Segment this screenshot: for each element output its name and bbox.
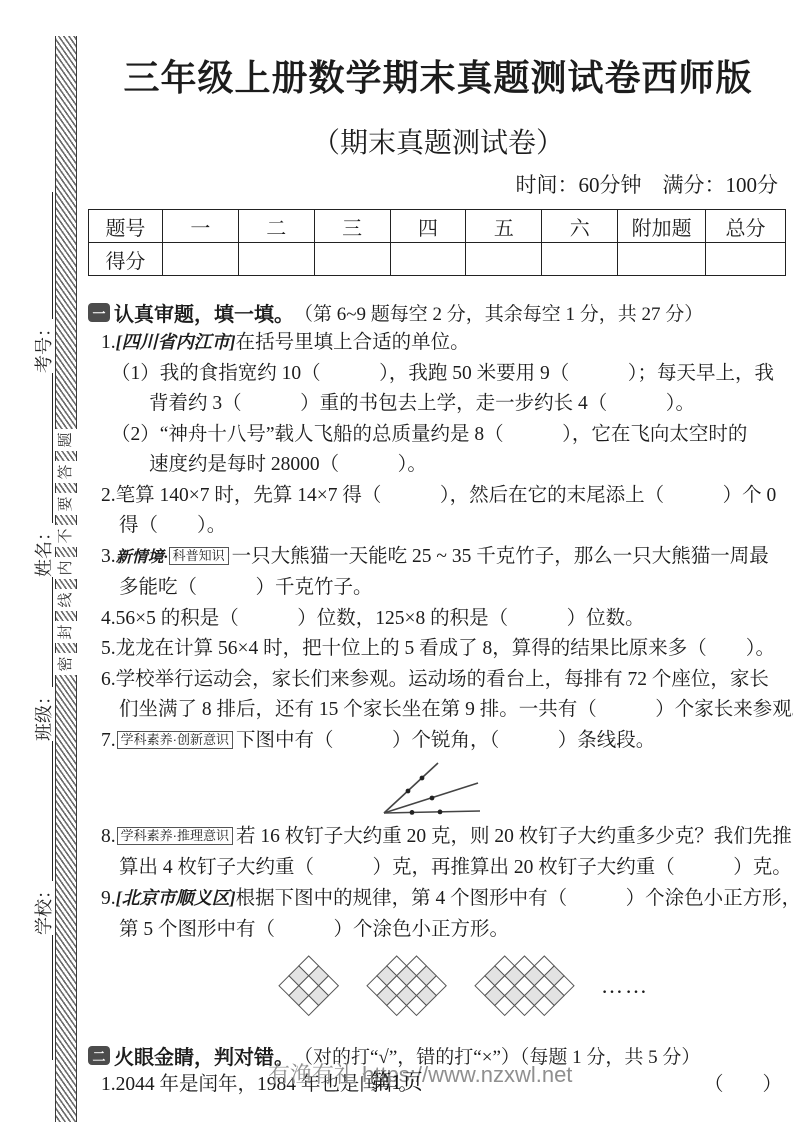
score-cell-empty	[466, 243, 542, 276]
score-header-cell: 附加题	[618, 210, 706, 243]
question-7-line: 7.学科素养·创新意识下图中有（ ）个锐角，（ ）条线段。	[88, 726, 788, 757]
angle-rays-figure	[378, 760, 490, 820]
topic-badge: 科普知识	[169, 547, 229, 565]
page-title: 三年级上册数学期末真题测试卷西师版	[88, 50, 788, 101]
competency-badge: 学科素养·推理意识	[117, 827, 233, 845]
question-number: 8.	[101, 826, 116, 847]
examno-blank-line	[52, 373, 53, 523]
page-subtitle: （期末真题测试卷）	[88, 121, 788, 161]
section1-title: 认真审题，填一填。	[114, 298, 294, 327]
seal-char: 内	[54, 557, 78, 579]
question-text: 笔算 140×7 时，先算 14×7 得（ ），然后在它的末尾添上（ ）个 0	[116, 485, 777, 506]
question-6-line1: 6.学校举行运动会，家长们来参观。运动场的看台上，每排有 72 个座位，家长	[88, 665, 788, 696]
score-table-header-row: 题号 一 二 三 四 五 六 附加题 总分	[89, 210, 786, 243]
source-tag: [四川省内江市]	[116, 332, 236, 352]
question-6-line2: 们坐满了 8 排后，还有 15 个家长坐在第 9 排。一共有（ ）个家长来参观。	[88, 695, 788, 726]
examno-label: 考号：	[30, 319, 56, 373]
score-header-cell: 六	[542, 210, 618, 243]
score-header-cell: 三	[314, 210, 390, 243]
seal-char: 线	[54, 589, 78, 611]
question-number: 7.	[101, 730, 116, 751]
diamond-figure-3	[474, 955, 575, 1017]
seal-char: 要	[54, 493, 78, 515]
seal-char: 密	[54, 653, 78, 675]
section2-number-icon: 二	[88, 1046, 110, 1065]
question-number: 4.	[101, 608, 116, 629]
question-2-line2: 得（ ）。	[88, 511, 788, 542]
score-cell-empty	[618, 243, 706, 276]
score-cell-empty	[314, 243, 390, 276]
score-cell-empty	[542, 243, 618, 276]
diamond-figure-2	[366, 955, 448, 1017]
score-header-cell: 一	[162, 210, 238, 243]
student-info-strip: 学校： 班级： 姓名： 考号：	[28, 115, 58, 1060]
name-blank-line	[52, 577, 53, 687]
school-blank-line	[52, 935, 53, 1060]
section1-number-icon: 一	[88, 303, 110, 322]
seal-char: 封	[54, 621, 78, 643]
score-header-cell: 二	[238, 210, 314, 243]
competency-badge: 学科素养·创新意识	[117, 731, 233, 749]
diamond-pattern-figures: ……	[278, 953, 788, 1019]
score-header-cell: 四	[390, 210, 466, 243]
score-cell-empty	[706, 243, 786, 276]
question-number: 1.	[101, 332, 116, 353]
question-2-line1: 2.笔算 140×7 时，先算 14×7 得（ ），然后在它的末尾添上（ ）个 …	[88, 481, 788, 512]
score-row-label: 得分	[89, 243, 163, 276]
question-1-sub2-line2: 速度约是每时 28000（ ）。	[88, 450, 788, 481]
question-text: 一只大熊猫一天能吃 25 ~ 35 千克竹子，那么一只大熊猫一周最	[232, 546, 769, 567]
exam-sheet: { "header": { "title": "三年级上册数学期末真题测试卷西师…	[0, 0, 793, 1122]
score-table: 题号 一 二 三 四 五 六 附加题 总分 得分	[88, 209, 786, 276]
school-label: 学校：	[30, 881, 56, 935]
seal-char: 题	[54, 429, 78, 451]
question-text: 下图中有（ ）个锐角，（ ）条线段。	[236, 730, 655, 751]
question-1-sub2-line1: （2）“神舟十八号”载人飞船的总质量约是 8（ ），它在飞向太空时的	[88, 420, 788, 451]
question-1-sub1-line1: （1）我的食指宽约 10（ ），我跑 50 米要用 9（ ）；每天早上，我	[88, 359, 788, 390]
question-1-sub1-line2: 背着约 3（ ）重的书包去上学，走一步约长 4（ ）。	[88, 389, 788, 420]
question-8-line1: 8.学科素养·推理意识若 16 枚钉子大约重 20 克，则 20 枚钉子大约重多…	[88, 822, 788, 853]
exam-content: 三年级上册数学期末真题测试卷西师版 （期末真题测试卷） 时间：60分钟 满分：1…	[88, 0, 788, 1122]
class-label: 班级：	[30, 687, 56, 741]
question-number: 2.	[101, 485, 116, 506]
score-header-cell: 总分	[706, 210, 786, 243]
score-cell-empty	[162, 243, 238, 276]
name-label: 姓名：	[30, 523, 56, 577]
seal-char: 答	[54, 461, 78, 483]
score-cell-empty	[238, 243, 314, 276]
seal-char: 不	[54, 525, 78, 547]
question-3-line2: 多能吃（ ）千克竹子。	[88, 573, 788, 604]
seal-line-text: 题 答 要 不 内 线 封 密	[55, 424, 77, 680]
question-text: 56×5 的积是（ ）位数，125×8 的积是（ ）位数。	[116, 608, 645, 629]
question-number: 9.	[101, 888, 116, 909]
question-text: 龙龙在计算 56×4 时，把十位上的 5 看成了 8，算得的结果比原来多（ ）。	[116, 638, 775, 659]
question-3-line1: 3.新情境·科普知识一只大熊猫一天能吃 25 ~ 35 千克竹子，那么一只大熊猫…	[88, 542, 788, 574]
question-8-line2: 算出 4 枚钉子大约重（ ）克，再推算出 20 枚钉子大约重（ ）克。	[88, 853, 788, 884]
question-text: 在括号里填上合适的单位。	[236, 332, 470, 353]
question-text: 学校举行运动会，家长们来参观。运动场的看台上，每排有 72 个座位，家长	[116, 669, 769, 690]
question-9-line2: 第 5 个图形中有（ ）个涂色小正方形。	[88, 915, 788, 946]
question-9-line1: 9.[北京市顺义区]根据下图中的规律，第 4 个图形中有（ ）个涂色小正方形，	[88, 883, 788, 915]
question-number: 5.	[101, 638, 116, 659]
question-4-line: 4.56×5 的积是（ ）位数，125×8 的积是（ ）位数。	[88, 604, 788, 635]
score-table-score-row: 得分	[89, 243, 786, 276]
question-text: 根据下图中的规律，第 4 个图形中有（ ）个涂色小正方形，	[236, 888, 793, 909]
time-score-meta: 时间：60分钟 满分：100分	[88, 169, 788, 199]
source-tag: [北京市顺义区]	[116, 888, 236, 908]
page-number: 第1页	[0, 1066, 793, 1096]
context-badge: 新情境·	[116, 549, 168, 566]
class-blank-line	[52, 741, 53, 881]
score-header-cell: 五	[466, 210, 542, 243]
pattern-ellipsis: ……	[601, 973, 649, 999]
diamond-figure-1	[278, 955, 340, 1017]
section1-header: 一 认真审题，填一填。 （第 6~9 题每空 2 分，其余每空 1 分，共 27…	[88, 298, 788, 327]
question-5-line: 5.龙龙在计算 56×4 时，把十位上的 5 看成了 8，算得的结果比原来多（ …	[88, 634, 788, 665]
section1-note: （第 6~9 题每空 2 分，其余每空 1 分，共 27 分）	[294, 299, 703, 326]
question-text: 若 16 枚钉子大约重 20 克，则 20 枚钉子大约重多少克？我们先推	[236, 826, 792, 847]
question-1-line: 1.[四川省内江市]在括号里填上合适的单位。	[88, 327, 788, 359]
score-cell-empty	[390, 243, 466, 276]
examno-blank-line2	[52, 192, 53, 319]
question-number: 6.	[101, 669, 116, 690]
score-header-cell: 题号	[89, 210, 163, 243]
question-number: 3.	[101, 546, 116, 567]
